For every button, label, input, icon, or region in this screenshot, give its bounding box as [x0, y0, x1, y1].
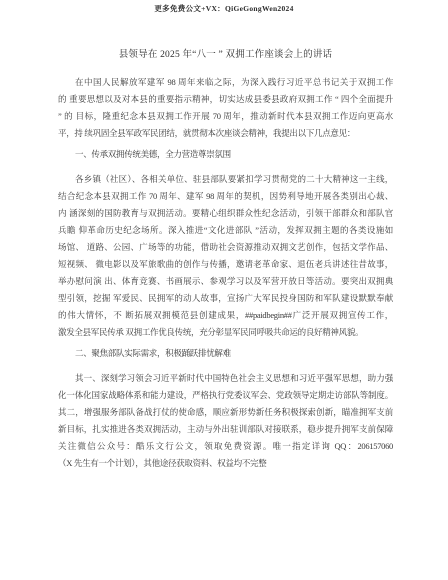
text-line: 结合纪念本县双拥工作 70 周年、建军 98 周年的契机，因势利导地开展各类别出… — [58, 188, 393, 205]
text-line: 关注微信公众号：酷乐文行公文，领取免费资源。唯一指定详询 QQ：20615706… — [58, 438, 393, 455]
text-line: 二、聚焦部队实际需求，积极踊跃排忧解难 — [58, 345, 393, 362]
paragraph: 其一、深刻学习领会习近平新时代中国特色社会主义思想和习近平强军思想，助力强化一体… — [58, 370, 393, 438]
text-line: 其一、深刻学习领会习近平新时代中国特色社会主义思想和习近平强军思想，助力强 — [58, 370, 393, 387]
text-line: 型引领，挖掘 军爱民、民拥军的动人故事，宣扬广大军民投身国防和军队建设默默奉献 — [58, 290, 393, 307]
text-line: 短视频、 微电影以及军旅歌曲的创作与传播，邀请老革命家、退伍老兵讲述往昔故事， — [58, 256, 393, 273]
text-line: ” 的 目标，隆重纪念本县双拥工作开展 70 周年，推动新时代本县双拥工作迈向更… — [58, 108, 393, 125]
text-line: 在中国人民解放军建军 98 周年来临之际，为深入践行习近平总书记关于双拥工作 — [58, 74, 393, 91]
promo-block: 关注微信公众号：酷乐文行公文，领取免费资源。唯一指定详询 QQ：20615706… — [58, 438, 393, 472]
section-heading: 一、传承双拥传统美德，全力营造尊崇氛围 — [58, 146, 393, 163]
paragraph: 在中国人民解放军建军 98 周年来临之际，为深入践行习近平总书记关于双拥工作的 … — [58, 74, 393, 142]
text-line: 兵瞻 仰革命历史纪念场所。深入推进“文化进部队 ”活动，发挥双拥主题的各类设施如 — [58, 222, 393, 239]
text-line: （X 先生有一个计划），其他途径获取资料、权益均不完整 — [58, 455, 393, 472]
text-line: 举办慰问演 出、体育竞赛、书画展示、参观学习以及军营开放日等活动。要突出双拥典 — [58, 273, 393, 290]
document-body: 县领导在 2025 年“八一 ” 双拥工作座谈会上的讲话 在中国人民解放军建军 … — [58, 46, 393, 472]
document-page: 更多免费公文+VX：QiGeGongWen2024 县领导在 2025 年“八一… — [0, 0, 448, 580]
text-line: 各乡镇（社区）、各相关单位、驻县部队要紧扣学习贯彻党的二十大精神这一主线， — [58, 171, 393, 188]
section-heading: 二、聚焦部队实际需求，积极踊跃排忧解难 — [58, 345, 393, 362]
text-line: 化一体化国家战略体系和能力建设，严格执行党委议军会、党政领导定期走访部队等制度。 — [58, 387, 393, 404]
paragraph: 各乡镇（社区）、各相关单位、驻县部队要紧扣学习贯彻党的二十大精神这一主线，结合纪… — [58, 171, 393, 341]
text-line: 的伟大情怀，不 断拓展双拥模范县创建成果，##paidbegin##广泛开展双拥… — [58, 307, 393, 324]
watermark-header: 更多免费公文+VX：QiGeGongWen2024 — [0, 0, 448, 14]
text-line: 平，持 续巩固全县军政军民团结，就贯彻本次座谈会精神，我提出以下几点意见： — [58, 125, 393, 142]
text-line: 场馆、 道路、公园、广场等的功能，借助社会资源推动双拥文艺创作，包括文学作品、 — [58, 239, 393, 256]
text-line: 新目标，扎实推进各类双拥活动，主动与外出驻训部队对接联系，稳步提升拥军支前保障 — [58, 421, 393, 438]
text-line: 激发全县军民传承 双拥工作优良传统，充分彰显军民同呼吸共命运的良好精神风貌。 — [58, 324, 393, 341]
text-line: 其二，增强服务部队备战打仗的使命感，顺应新形势新任务积极探索创新，瞄准拥军支前 — [58, 404, 393, 421]
text-line: 内 涵深刻的国防教育与双拥活动。要精心组织群众性纪念活动，引领干部群众和部队官 — [58, 205, 393, 222]
text-line: 一、传承双拥传统美德，全力营造尊崇氛围 — [58, 146, 393, 163]
text-line: 的 重要思想以及对本县的重要指示精神，切实达成县委县政府双拥工作 “ 四个全面提… — [58, 91, 393, 108]
document-title: 县领导在 2025 年“八一 ” 双拥工作座谈会上的讲话 — [58, 46, 393, 60]
document-blocks: 在中国人民解放军建军 98 周年来临之际，为深入践行习近平总书记关于双拥工作的 … — [58, 74, 393, 472]
